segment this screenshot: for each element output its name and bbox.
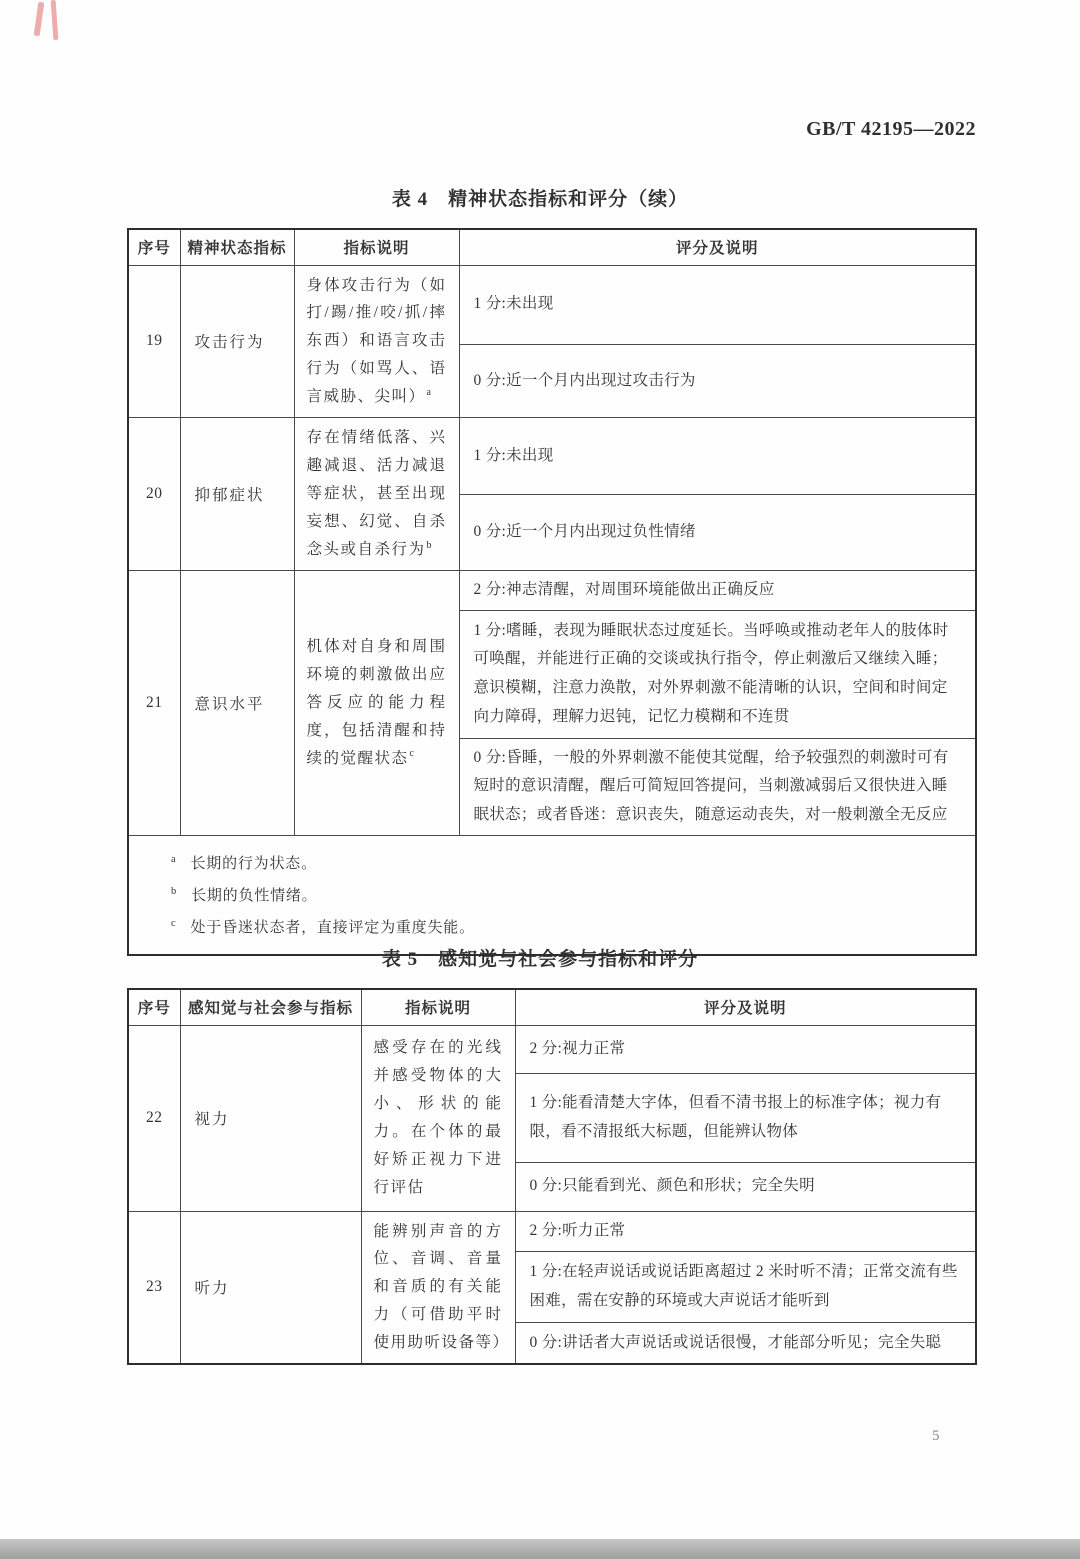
row21-score-0: 0 分:昏睡，一般的外界刺激不能使其觉醒，给予较强烈的刺激时可有短时的意识清醒，… [459,738,976,835]
table-row: 22 视力 感受存在的光线并感受物体的大小、形状的能力。在个体的最好矫正视力下进… [128,1025,976,1073]
row20-score-0: 0 分:近一个月内出现过负性情绪 [459,494,976,570]
row21-number: 21 [128,570,180,835]
footnote-ref-b: b [427,540,434,551]
row19-number: 19 [128,265,180,417]
row22-indicator: 视力 [180,1025,361,1211]
footnote-a-sup: a [171,854,176,865]
row23-indicator: 听力 [180,1211,361,1364]
row22-number: 22 [128,1025,180,1211]
footnote-c-sup: c [171,918,176,929]
table4: 序号 精神状态指标 指标说明 评分及说明 19 攻击行为 身体攻击行为（如打/踢… [127,228,977,956]
table4-footnotes-row: a长期的行为状态。 b长期的负性情绪。 c处于昏迷状态者，直接评定为重度失能。 [128,835,976,955]
table4-title: 表 4 精神状态指标和评分（续） [0,184,1080,211]
row22-score-2: 2 分:视力正常 [515,1025,976,1073]
row23-score-1: 1 分:在轻声说话或说话距离超过 2 米时听不清；正常交流有些困难，需在安静的环… [515,1251,976,1322]
footnote-c-text: 处于昏迷状态者，直接评定为重度失能。 [190,920,474,936]
footnote-ref-c: c [410,748,416,759]
footnote-a-text: 长期的行为状态。 [190,856,316,872]
row19-score-1: 1 分:未出现 [459,265,976,344]
footnote-b: b长期的负性情绪。 [171,880,965,912]
row23-number: 23 [128,1211,180,1364]
table4-col-indicator: 精神状态指标 [180,229,294,265]
row19-indicator: 攻击行为 [180,265,294,417]
table5-col-score: 评分及说明 [515,989,976,1025]
row23-score-2: 2 分:听力正常 [515,1211,976,1251]
row23-description: 能辨别声音的方位、音调、音量和音质的有关能力（可借助平时使用助听设备等） [361,1211,515,1364]
row21-indicator: 意识水平 [180,570,294,835]
row20-number: 20 [128,417,180,570]
footnote-a: a长期的行为状态。 [171,848,965,880]
row21-description-text: 机体对自身和周围环境的刺激做出应答反应的能力程度，包括清醒和持续的觉醒状态 [307,638,447,767]
scan-artifact-bottom [0,1539,1080,1559]
row23-score-0: 0 分:讲话者大声说话或说话很慢，才能部分听见；完全失聪 [515,1322,976,1364]
table4-col-seq: 序号 [128,229,180,265]
table-row: 21 意识水平 机体对自身和周围环境的刺激做出应答反应的能力程度，包括清醒和持续… [128,570,976,610]
footnote-b-text: 长期的负性情绪。 [191,888,317,904]
table-row: 20 抑郁症状 存在情绪低落、兴趣减退、活力减退等症状，甚至出现妄想、幻觉、自杀… [128,417,976,494]
row20-score-1: 1 分:未出现 [459,417,976,494]
table5-col-seq: 序号 [128,989,180,1025]
table5: 序号 感知觉与社会参与指标 指标说明 评分及说明 22 视力 感受存在的光线并感… [127,988,977,1365]
footnote-ref-a: a [427,387,433,398]
row21-score-1: 1 分:嗜睡，表现为睡眠状态过度延长。当呼唤或推动老年人的肢体时可唤醒，并能进行… [459,610,976,738]
row22-description: 感受存在的光线并感受物体的大小、形状的能力。在个体的最好矫正视力下进行评估 [361,1025,515,1211]
table-row: 23 听力 能辨别声音的方位、音调、音量和音质的有关能力（可借助平时使用助听设备… [128,1211,976,1251]
document-page: GB/T 42195—2022 表 4 精神状态指标和评分（续） 序号 精神状态… [0,0,1080,1559]
table4-col-description: 指标说明 [294,229,459,265]
table4-col-score: 评分及说明 [459,229,976,265]
row21-score-2: 2 分:神志清醒，对周围环境能做出正确反应 [459,570,976,610]
row20-description-text: 存在情绪低落、兴趣减退、活力减退等症状，甚至出现妄想、幻觉、自杀念头或自杀行为 [307,429,447,558]
row22-score-1: 1 分:能看清楚大字体，但看不清书报上的标准字体；视力有限，看不清报纸大标题，但… [515,1073,976,1162]
standard-number: GB/T 42195—2022 [806,118,976,141]
row20-indicator: 抑郁症状 [180,417,294,570]
row19-score-0: 0 分:近一个月内出现过攻击行为 [459,344,976,417]
page-number: 5 [932,1428,941,1445]
table4-header-row: 序号 精神状态指标 指标说明 评分及说明 [128,229,976,265]
table5-header-row: 序号 感知觉与社会参与指标 指标说明 评分及说明 [128,989,976,1025]
table5-title: 表 5 感知觉与社会参与指标和评分 [0,944,1080,971]
row19-description-text: 身体攻击行为（如打/踢/推/咬/抓/摔东西）和语言攻击行为（如骂人、语言威胁、尖… [307,277,447,406]
table-row: 19 攻击行为 身体攻击行为（如打/踢/推/咬/抓/摔东西）和语言攻击行为（如骂… [128,265,976,344]
table5-col-indicator: 感知觉与社会参与指标 [180,989,361,1025]
table5-col-description: 指标说明 [361,989,515,1025]
row21-description: 机体对自身和周围环境的刺激做出应答反应的能力程度，包括清醒和持续的觉醒状态c [294,570,459,835]
table4-footnotes: a长期的行为状态。 b长期的负性情绪。 c处于昏迷状态者，直接评定为重度失能。 [128,835,976,955]
scan-red-mark [34,2,45,37]
scan-red-mark [51,0,59,40]
row20-description: 存在情绪低落、兴趣减退、活力减退等症状，甚至出现妄想、幻觉、自杀念头或自杀行为b [294,417,459,570]
row22-score-0: 0 分:只能看到光、颜色和形状；完全失明 [515,1162,976,1211]
row19-description: 身体攻击行为（如打/踢/推/咬/抓/摔东西）和语言攻击行为（如骂人、语言威胁、尖… [294,265,459,417]
footnote-b-sup: b [171,886,177,897]
footnote-c: c处于昏迷状态者，直接评定为重度失能。 [171,912,965,944]
